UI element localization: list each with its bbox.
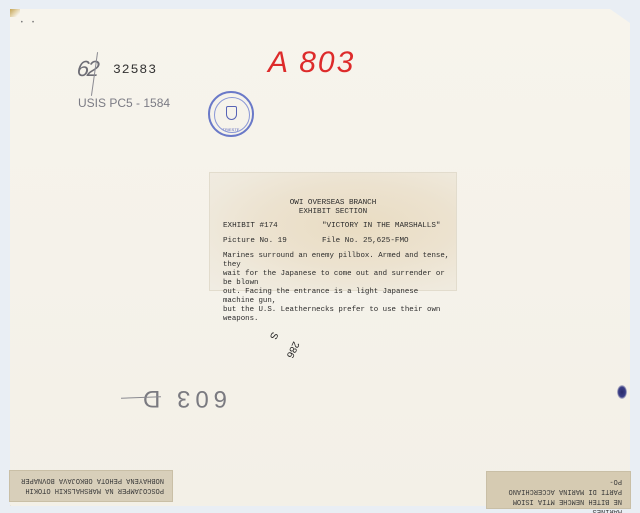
shield-icon — [226, 106, 237, 120]
pin-holes: • • — [20, 19, 37, 26]
stamped-number: 32583 — [113, 62, 157, 77]
slip-right-text: MARINES NE BITEH NEMCHE MTIA ISIOM PARTI… — [487, 472, 630, 513]
caption-slip-left: POSCOJAMPER NA MARSHALSKIH OTOKIH NOBHAY… — [10, 471, 172, 501]
pencil-usis-reference: USIS PC5 - 1584 — [78, 96, 170, 110]
ink-blot — [617, 385, 627, 399]
red-reference-number: A 803 — [268, 46, 355, 80]
slip-left-text: POSCOJAMPER NA MARSHALSKIH OTOKIH NOBHAY… — [10, 471, 172, 499]
file-number: File No. 25,625-FMO — [322, 237, 409, 246]
picture-number: Picture No. 19 — [223, 237, 287, 246]
exhibit-number: EXHIBIT #174 — [223, 222, 278, 231]
caption-slip-right: MARINES NE BITEH NEMCHE MTIA ISIOM PARTI… — [487, 472, 630, 508]
photo-caption: Marines surround an enemy pillbox. Armed… — [223, 252, 453, 324]
corner-stain — [10, 9, 20, 17]
exhibit-title: "VICTORY IN THE MARSHALLS" — [322, 222, 440, 231]
circular-stamp: TRIESTE — [208, 91, 254, 137]
stamp-text: TRIESTE — [210, 127, 252, 132]
pencil-inverted-number: 603 D — [138, 384, 227, 412]
label-header-line2: EXHIBIT SECTION — [210, 208, 456, 217]
exhibit-label: OWI OVERSEAS BRANCH EXHIBIT SECTION EXHI… — [210, 173, 456, 290]
label-header-line1: OWI OVERSEAS BRANCH — [210, 199, 456, 208]
